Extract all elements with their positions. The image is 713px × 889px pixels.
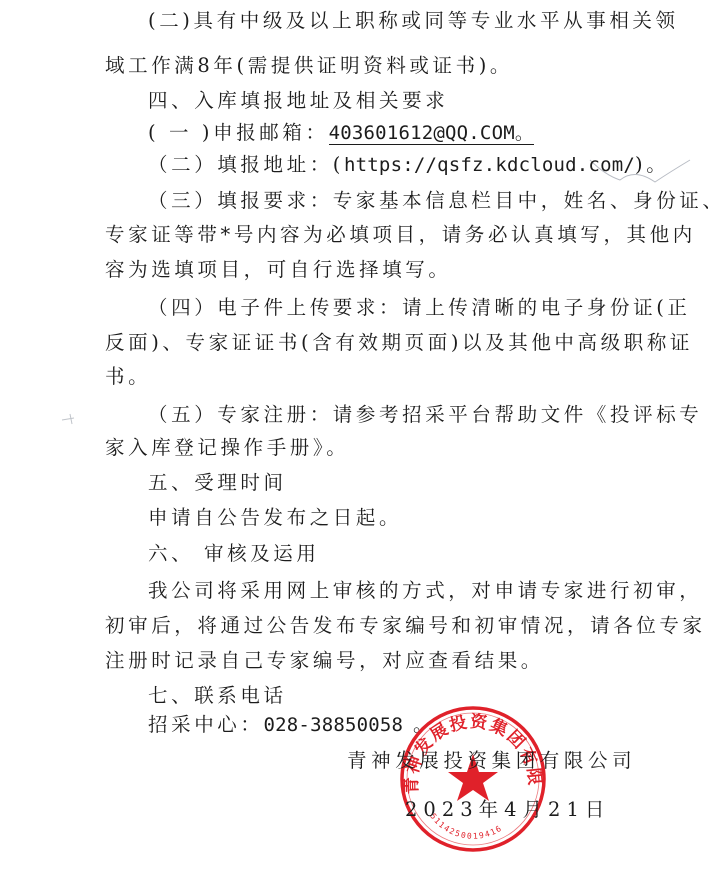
- section-heading: 六、 审核及运用: [148, 541, 320, 567]
- url-line: （二）填报地址：(https://qsfz.kdcloud.com/)。: [148, 152, 669, 178]
- paragraph-line: 容为选填项目，可自行选择填写。: [105, 257, 452, 283]
- paragraph-line: (二)具有中级及以上职称或同等专业水平从事相关领: [148, 8, 679, 34]
- phone-line: 招采中心：028-38850058 。: [148, 712, 436, 738]
- section-heading: 四、入库填报地址及相关要求: [148, 88, 448, 114]
- url-suffix: )。: [635, 153, 669, 176]
- section-heading: 五、受理时间: [148, 470, 287, 496]
- paragraph-line: （五）专家注册：请参考招采平台帮助文件《投评标专: [148, 402, 702, 428]
- paragraph-line: 家入库登记操作手册》。: [105, 435, 349, 461]
- paragraph-line: 注册时记录自己专家编号，对应查看结果。: [105, 648, 544, 674]
- phone-label: 招采中心：: [148, 713, 264, 736]
- section-heading: 七、联系电话: [148, 683, 287, 709]
- email-link[interactable]: 403601612@QQ.COM。: [329, 122, 534, 145]
- paragraph-line: 申请自公告发布之日起。: [148, 505, 402, 531]
- paragraph-line: 书。: [105, 364, 151, 390]
- paragraph-line: 我公司将采用网上审核的方式，对申请专家进行初审，: [148, 578, 702, 604]
- url-link[interactable]: https://qsfz.kdcloud.com/: [344, 154, 635, 176]
- signature-date: 2023年4月21日: [405, 797, 610, 823]
- url-label: （二）填报地址：(: [148, 153, 344, 176]
- paragraph-line: （四）电子件上传要求：请上传清晰的电子身份证(正: [148, 295, 691, 321]
- paragraph-line: 专家证等带*号内容为必填项目，请务必认真填写，其他内: [105, 222, 696, 248]
- pen-tick-mark: [60, 412, 80, 428]
- paragraph-line: 域工作满8年(需提供证明资料或证书)。: [105, 53, 513, 79]
- document-page: (二)具有中级及以上职称或同等专业水平从事相关领 域工作满8年(需提供证明资料或…: [0, 0, 713, 889]
- paragraph-line: （三）填报要求：专家基本信息栏目中，姓名、身份证、: [148, 188, 713, 214]
- email-line: ( 一 )申报邮箱：403601612@QQ.COM。: [148, 120, 534, 146]
- paragraph-line: 初审后，将通过公告发布专家编号和初审情况，请各位专家: [105, 613, 706, 639]
- company-seal: 青神发展投资集团有限公司 5114250019416: [398, 704, 548, 854]
- email-label: ( 一 )申报邮箱：: [148, 121, 329, 144]
- phone-number: 028-38850058: [264, 714, 404, 736]
- paragraph-line: 反面)、专家证证书(含有效期页面)以及其他中高级职称证: [105, 330, 693, 356]
- signature-company: 青神发展投资集团有限公司: [347, 748, 636, 774]
